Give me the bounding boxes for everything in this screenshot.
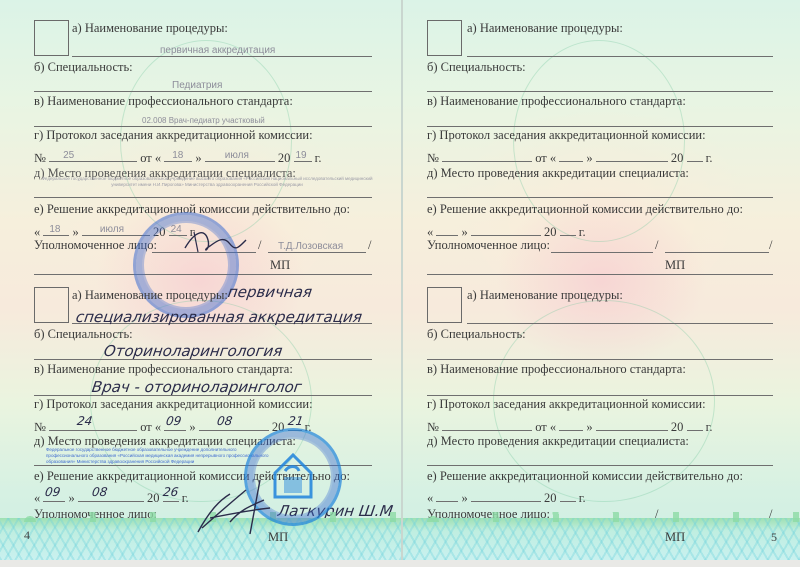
authorized-person-label: Уполномоченное лицо: — [427, 238, 550, 253]
valid-month-field[interactable] — [471, 490, 541, 502]
specialty-line — [34, 359, 372, 360]
signature-1 — [180, 226, 250, 256]
standard-label: в) Наименование профессионального станда… — [34, 362, 293, 377]
protocol-row: № 25 от « 18 » июля 20 19 г. — [34, 150, 321, 166]
valid-year-field: 26 — [163, 490, 179, 502]
valid-day-field[interactable] — [436, 490, 458, 502]
protocol-day-field[interactable] — [559, 150, 583, 162]
valid-day-field: 09 — [43, 490, 65, 502]
procedure-label: а) Наименование процедуры: — [72, 21, 228, 36]
specialty-value: Педиатрия — [172, 80, 222, 91]
procedure-value-line1: первичная — [227, 283, 314, 301]
place-value: Федеральное государственное бюджетное об… — [32, 176, 382, 188]
valid-until-label: е) Решение аккредитационной комиссии дей… — [427, 202, 743, 217]
standard-line[interactable] — [427, 126, 773, 127]
signature-2 — [190, 470, 310, 540]
procedure-label: а) Наименование процедуры: — [467, 21, 623, 36]
valid-year-field[interactable] — [560, 490, 576, 502]
number-sign: № — [34, 151, 46, 165]
page-number-right: 5 — [771, 530, 777, 545]
protocol-day-field: 18 — [164, 150, 192, 162]
standard-line[interactable] — [427, 395, 773, 396]
mp-label: МП — [665, 258, 685, 273]
standard-line — [34, 395, 372, 396]
protocol-label: г) Протокол заседания аккредитационной к… — [34, 397, 313, 412]
number-sign: № — [34, 420, 46, 434]
protocol-number-field[interactable] — [442, 419, 532, 431]
standard-label: в) Наименование профессионального станда… — [427, 94, 686, 109]
protocol-month-field[interactable] — [596, 419, 668, 431]
valid-until-row: « 09 » 08 20 26 г. — [34, 490, 189, 506]
protocol-month-field: июля — [205, 150, 275, 162]
standard-value: Врач - оториноларинголог — [91, 378, 303, 396]
name-line[interactable] — [665, 252, 769, 253]
specialty-line[interactable] — [427, 91, 773, 92]
standard-value: 02.008 Врач-педиатр участковый — [142, 116, 265, 125]
mp-label: МП — [665, 530, 685, 545]
place-line — [34, 197, 372, 198]
entry-checkbox — [34, 20, 69, 56]
protocol-month-field[interactable] — [596, 150, 668, 162]
standard-label: в) Наименование профессионального станда… — [34, 94, 293, 109]
place-line[interactable] — [427, 465, 773, 466]
protocol-day-field: 09 — [164, 419, 186, 431]
procedure-label: а) Наименование процедуры: — [72, 288, 228, 303]
protocol-number-field[interactable] — [442, 150, 532, 162]
protocol-month-field: 08 — [199, 419, 269, 431]
valid-month-field: июля — [82, 224, 150, 236]
procedure-label: а) Наименование процедуры: — [467, 288, 623, 303]
protocol-year-field[interactable] — [687, 419, 703, 431]
procedure-value-line2: специализированная аккредитация — [75, 308, 363, 326]
valid-until-label: е) Решение аккредитационной комиссии дей… — [427, 469, 743, 484]
valid-month-field[interactable] — [471, 224, 541, 236]
slash: / — [368, 238, 371, 253]
place-line[interactable] — [427, 197, 773, 198]
valid-until-row: « » 20 г. — [427, 490, 586, 506]
specialty-value: Оториноларингология — [103, 342, 284, 360]
entry-checkbox — [427, 287, 462, 323]
protocol-row: № от « » 20 г. — [427, 419, 712, 435]
valid-year-field[interactable] — [560, 224, 576, 236]
specialty-label: б) Специальность: — [34, 327, 133, 342]
protocol-number-field: 25 — [49, 150, 137, 162]
procedure-value: первичная аккредитация — [160, 45, 275, 56]
specialty-label: б) Специальность: — [34, 60, 133, 75]
protocol-label: г) Протокол заседания аккредитационной к… — [34, 128, 313, 143]
specialty-line[interactable] — [427, 359, 773, 360]
slash: / — [769, 238, 772, 253]
specialty-label: б) Специальность: — [427, 327, 526, 342]
protocol-row: № от « » 20 г. — [427, 150, 712, 166]
valid-day-field: 18 — [43, 224, 69, 236]
protocol-label: г) Протокол заседания аккредитационной к… — [427, 128, 706, 143]
entry-checkbox — [34, 287, 69, 323]
procedure-line[interactable] — [467, 323, 773, 324]
place-label: д) Место проведения аккредитации специал… — [427, 434, 689, 449]
standard-line — [34, 126, 372, 127]
certificate-spread: а) Наименование процедуры: первичная акк… — [0, 0, 800, 560]
protocol-number-field: 24 — [49, 419, 137, 431]
guilloche-border — [403, 518, 800, 560]
name-line — [268, 252, 366, 253]
specialty-line — [34, 91, 372, 92]
valid-day-field[interactable] — [436, 224, 458, 236]
authorized-name: Т.Д.Лозовская — [278, 241, 343, 252]
number-sign: № — [427, 420, 439, 434]
slash: / — [258, 238, 261, 253]
protocol-year-field[interactable] — [687, 150, 703, 162]
place-value: Федеральное государственное бюджетное об… — [46, 447, 276, 465]
place-label: д) Место проведения аккредитации специал… — [427, 166, 689, 181]
entry-divider — [427, 274, 773, 275]
procedure-line — [72, 56, 372, 57]
entry-checkbox — [427, 20, 462, 56]
mp-label: МП — [270, 258, 290, 273]
procedure-line[interactable] — [467, 56, 773, 57]
protocol-label: г) Протокол заседания аккредитационной к… — [427, 397, 706, 412]
signature-line[interactable] — [551, 252, 653, 253]
valid-month-field: 08 — [78, 490, 144, 502]
protocol-day-field[interactable] — [559, 419, 583, 431]
page-left: а) Наименование процедуры: первичная акк… — [0, 0, 401, 560]
protocol-year-field: 19 — [294, 150, 312, 162]
slash: / — [655, 238, 658, 253]
specialty-label: б) Специальность: — [427, 60, 526, 75]
page-right: а) Наименование процедуры: б) Специально… — [403, 0, 800, 560]
number-sign: № — [427, 151, 439, 165]
page-number-left: 4 — [24, 528, 30, 543]
standard-label: в) Наименование профессионального станда… — [427, 362, 686, 377]
